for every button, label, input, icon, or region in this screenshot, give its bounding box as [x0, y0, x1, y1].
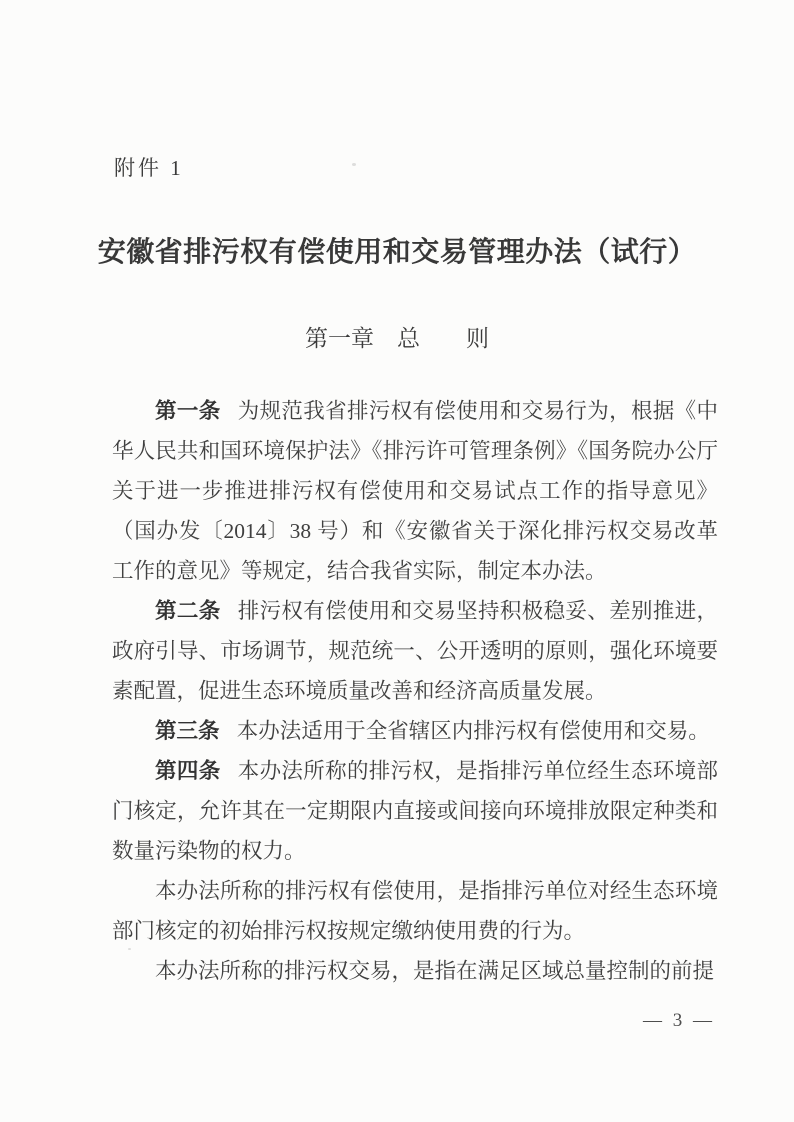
- document-page: 附件 1 安徽省排污权有偿使用和交易管理办法（试行） 第一章 总 则 第一条为规…: [0, 0, 794, 1122]
- article-1-text: 为规范我省排污权有偿使用和交易行为，根据《中华人民共和国环境保护法》《排污许可管…: [112, 399, 718, 583]
- scan-speck: [352, 163, 356, 166]
- scan-speck: [563, 492, 566, 495]
- article-3-label: 第三条: [155, 719, 220, 743]
- paragraph-article-4-continued-2: 本办法所称的排污权交易，是指在满足区域总量控制的前提: [112, 951, 718, 991]
- paragraph-article-2: 第二条排污权有偿使用和交易坚持积极稳妥、差别推进，政府引导、市场调节，规范统一、…: [112, 591, 718, 711]
- paragraph-article-1: 第一条为规范我省排污权有偿使用和交易行为，根据《中华人民共和国环境保护法》《排污…: [112, 391, 718, 591]
- article-2-label: 第二条: [155, 599, 221, 623]
- chapter-heading: 第一章 总 则: [0, 320, 794, 353]
- article-4-label: 第四条: [155, 759, 221, 783]
- document-title: 安徽省排污权有偿使用和交易管理办法（试行）: [0, 230, 794, 270]
- attachment-label: 附件 1: [114, 152, 184, 182]
- paragraph-article-4-continued-1: 本办法所称的排污权有偿使用，是指排污单位对经生态环境部门核定的初始排污权按规定缴…: [112, 871, 718, 951]
- paragraph-article-3: 第三条本办法适用于全省辖区内排污权有偿使用和交易。: [112, 711, 718, 751]
- article-4-continued-2-text: 本办法所称的排污权交易，是指在满足区域总量控制的前提: [155, 959, 714, 983]
- article-4-continued-1-text: 本办法所称的排污权有偿使用，是指排污单位对经生态环境部门核定的初始排污权按规定缴…: [112, 879, 718, 943]
- scan-speck: [128, 948, 131, 950]
- article-1-label: 第一条: [155, 399, 221, 423]
- article-3-text: 本办法适用于全省辖区内排污权有偿使用和交易。: [237, 719, 710, 743]
- document-body: 第一条为规范我省排污权有偿使用和交易行为，根据《中华人民共和国环境保护法》《排污…: [112, 391, 718, 991]
- page-number: — 3 —: [643, 1010, 715, 1032]
- paragraph-article-4: 第四条本办法所称的排污权，是指排污单位经生态环境部门核定，允许其在一定期限内直接…: [112, 751, 718, 871]
